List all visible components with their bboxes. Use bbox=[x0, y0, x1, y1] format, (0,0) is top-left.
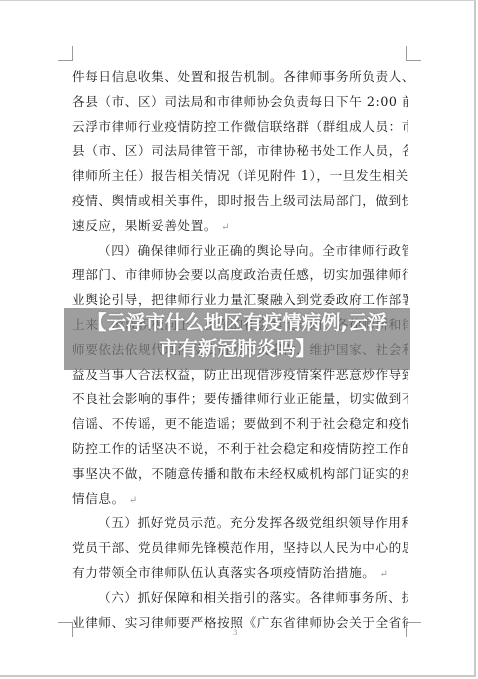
text-line: 信谣、不传谣，更不能造谣；要做到不利于社会稳定和疫情 bbox=[72, 412, 408, 437]
text-line: 各县（市、区）司法局和市律师协会负责每日下午 2:00 前在 bbox=[72, 90, 408, 115]
text-line-content: 律师所主任）报告相关情况（详见附件 1），一旦发生相关 bbox=[72, 168, 408, 183]
text-line: 事坚决不做，不随意传播和散布未经权威机构部门证实的疫 bbox=[72, 462, 408, 487]
margin-corner-top-right bbox=[406, 46, 421, 61]
margin-corner-bottom-right bbox=[406, 622, 421, 637]
text-line-content: （五）抓好党员示范。充分发挥各级党组织领导作用和 bbox=[98, 515, 408, 530]
text-line: 情信息。↵ bbox=[72, 487, 408, 512]
text-line-content: 不良社会影响的事件；要传播律师行业正能量，切实做到不 bbox=[72, 391, 408, 406]
overlay-title-line-1: 【云浮市什么地区有疫情病例,云浮 bbox=[64, 310, 410, 336]
text-line: （四）确保律师行业正确的舆论导向。全市律师行政管 bbox=[72, 239, 408, 264]
text-line: 云浮市律师行业疫情防控工作微信联络群（群组成人员：市、 bbox=[72, 115, 408, 140]
overlay-title-line-2: 市有新冠肺炎吗】 bbox=[64, 336, 410, 362]
text-line-content: 有力带领全市律师队伍认真落实各项疫情防治措施。 bbox=[72, 565, 375, 580]
text-line-content: 云浮市律师行业疫情防控工作微信联络群（群组成人员：市、 bbox=[72, 119, 408, 134]
text-line-content: 情信息。 bbox=[72, 491, 125, 506]
text-line: 律师所主任）报告相关情况（详见附件 1），一旦发生相关 bbox=[72, 164, 408, 189]
margin-corner-top-left bbox=[58, 46, 73, 61]
text-line: 县（市、区）司法局律管干部，市律协秘书处工作人员，各 bbox=[72, 139, 408, 164]
text-line: 不良社会影响的事件；要传播律师行业正能量，切实做到不 bbox=[72, 387, 408, 412]
text-line: 疫情、舆情或相关事件，即时报告上级司法局部门，做到快 bbox=[72, 189, 408, 214]
paragraph-mark-icon: ↵ bbox=[379, 569, 388, 580]
overlay-title: 【云浮市什么地区有疫情病例,云浮 市有新冠肺炎吗】 bbox=[64, 310, 410, 362]
text-line-content: 县（市、区）司法局律管干部，市律协秘书处工作人员，各 bbox=[72, 143, 408, 158]
text-line-content: 理部门、市律师协会要以高度政治责任感，切实加强律师行 bbox=[72, 267, 408, 282]
text-line: （五）抓好党员示范。充分发挥各级党组织领导作用和 bbox=[72, 511, 408, 536]
paragraph-mark-icon: ↵ bbox=[129, 495, 138, 506]
text-line-content: 业舆论引导，把律师行业力量汇聚融入到党委政府工作部署 bbox=[72, 292, 408, 307]
text-line-content: （六）抓好保障和相关指引的落实。各律师事务所、执 bbox=[98, 590, 408, 605]
text-line: 理部门、市律师协会要以高度政治责任感，切实加强律师行 bbox=[72, 263, 408, 288]
paragraph-mark-icon: ↵ bbox=[221, 222, 230, 233]
text-line-content: 信谣、不传谣，更不能造谣；要做到不利于社会稳定和疫情 bbox=[72, 416, 408, 431]
text-line-content: 速反应，果断妥善处置。 bbox=[72, 218, 217, 233]
text-line-content: 党员干部、党员律师先锋模范作用，坚持以人民为中心的思想， bbox=[72, 540, 408, 555]
text-line-content: 事坚决不做，不随意传播和散布未经权威机构部门证实的疫 bbox=[72, 466, 408, 481]
text-line: 业律师、实习律师要严格按照《广东省律师协会关于全省律 bbox=[72, 611, 408, 636]
text-line-content: 疫情、舆情或相关事件，即时报告上级司法局部门，做到快 bbox=[72, 193, 408, 208]
text-line: 速反应，果断妥善处置。↵ bbox=[72, 214, 408, 239]
text-line: （六）抓好保障和相关指引的落实。各律师事务所、执 bbox=[72, 586, 408, 611]
text-line: 有力带领全市律师队伍认真落实各项疫情防治措施。↵ bbox=[72, 561, 408, 586]
text-line-content: 各县（市、区）司法局和市律师协会负责每日下午 2:00 前在 bbox=[72, 94, 408, 109]
text-line-content: 件每日信息收集、处置和报告机制。各律师事务所负责人、 bbox=[72, 69, 408, 84]
text-line: 党员干部、党员律师先锋模范作用，坚持以人民为中心的思想， bbox=[72, 536, 408, 561]
text-line: 防控工作的话坚决不说，不利于社会稳定和疫情防控工作的 bbox=[72, 437, 408, 462]
text-line: 件每日信息收集、处置和报告机制。各律师事务所负责人、 bbox=[72, 65, 408, 90]
text-line-content: 业律师、实习律师要严格按照《广东省律师协会关于全省律 bbox=[72, 615, 408, 630]
page-number: 3 bbox=[233, 629, 237, 637]
margin-corner-bottom-left bbox=[58, 622, 73, 637]
text-line-content: （四）确保律师行业正确的舆论导向。全市律师行政管 bbox=[98, 243, 408, 258]
text-line-content: 防控工作的话坚决不说，不利于社会稳定和疫情防控工作的 bbox=[72, 441, 408, 456]
